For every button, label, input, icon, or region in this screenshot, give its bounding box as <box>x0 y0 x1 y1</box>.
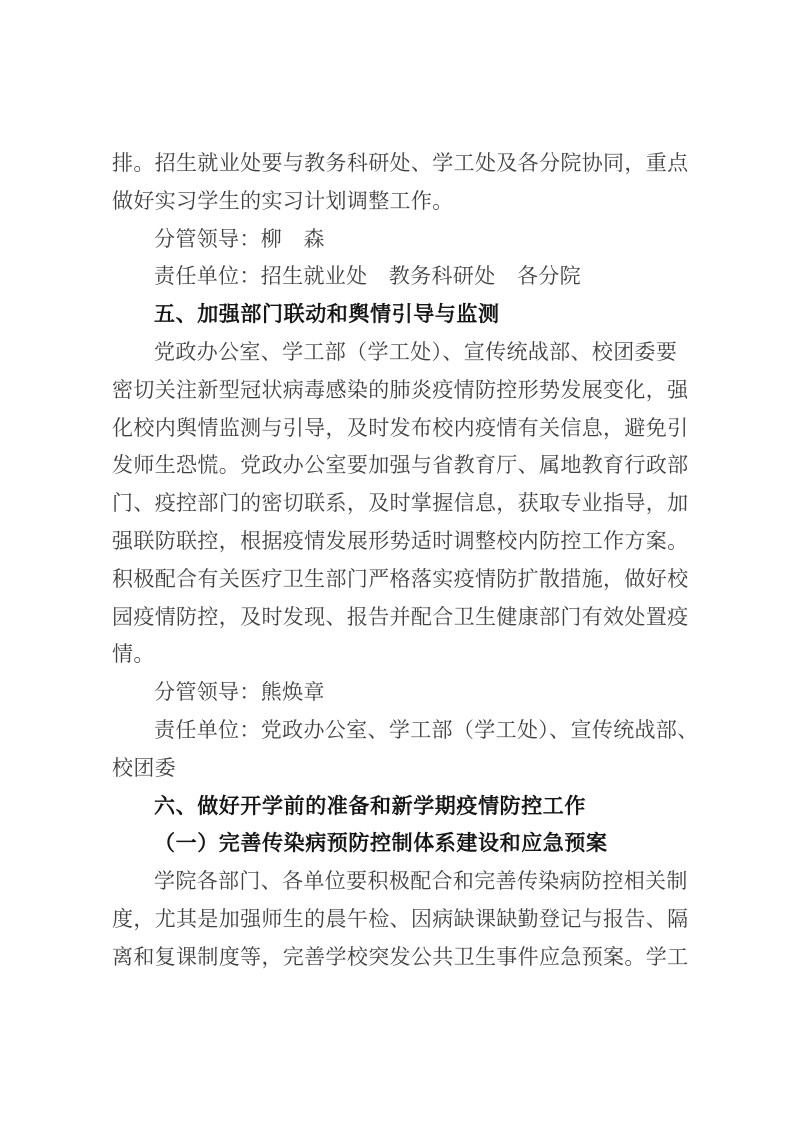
text-line: 园疫情防控，及时发现、报告并配合卫生健康部门有效处置疫 <box>112 599 700 637</box>
text-line: 门、疫控部门的密切联系，及时掌握信息，获取专业指导，加 <box>112 485 700 523</box>
text-line: 学院各部门、各单位要积极配合和完善传染病防控相关制 <box>112 863 700 901</box>
text-line: 校团委 <box>112 750 700 788</box>
text-line: 化校内舆情监测与引导，及时发布校内疫情有关信息，避免引 <box>112 410 700 448</box>
text-line: 排。招生就业处要与教务科研处、学工处及各分院协同，重点 <box>112 145 700 183</box>
text-line: 分管领导：柳 森 <box>112 221 700 259</box>
text-line: 强联防联控，根据疫情发展形势适时调整校内防控工作方案。 <box>112 523 700 561</box>
text-line: 发师生恐慌。党政办公室要加强与省教育厅、属地教育行政部 <box>112 447 700 485</box>
text-line: 责任单位：招生就业处 教务科研处 各分院 <box>112 258 700 296</box>
text-line: 情。 <box>112 636 700 674</box>
text-line: 分管领导：熊焕章 <box>112 674 700 712</box>
document-page: 排。招生就业处要与教务科研处、学工处及各分院协同，重点做好实习学生的实习计划调整… <box>0 0 800 1131</box>
text-line: 离和复课制度等，完善学校突发公共卫生事件应急预案。学工 <box>112 939 700 977</box>
text-line: 责任单位：党政办公室、学工部（学工处）、宣传统战部、 <box>112 712 700 750</box>
text-line: 六、做好开学前的准备和新学期疫情防控工作 <box>112 788 700 826</box>
document-text-block: 排。招生就业处要与教务科研处、学工处及各分院协同，重点做好实习学生的实习计划调整… <box>112 145 700 977</box>
text-line: 做好实习学生的实习计划调整工作。 <box>112 183 700 221</box>
text-line: 积极配合有关医疗卫生部门严格落实疫情防扩散措施，做好校 <box>112 561 700 599</box>
text-line: 度，尤其是加强师生的晨午检、因病缺课缺勤登记与报告、隔 <box>112 901 700 939</box>
text-line: （一）完善传染病预防控制体系建设和应急预案 <box>112 825 700 863</box>
text-line: 五、加强部门联动和舆情引导与监测 <box>112 296 700 334</box>
text-line: 党政办公室、学工部（学工处）、宣传统战部、校团委要 <box>112 334 700 372</box>
text-line: 密切关注新型冠状病毒感染的肺炎疫情防控形势发展变化，强 <box>112 372 700 410</box>
